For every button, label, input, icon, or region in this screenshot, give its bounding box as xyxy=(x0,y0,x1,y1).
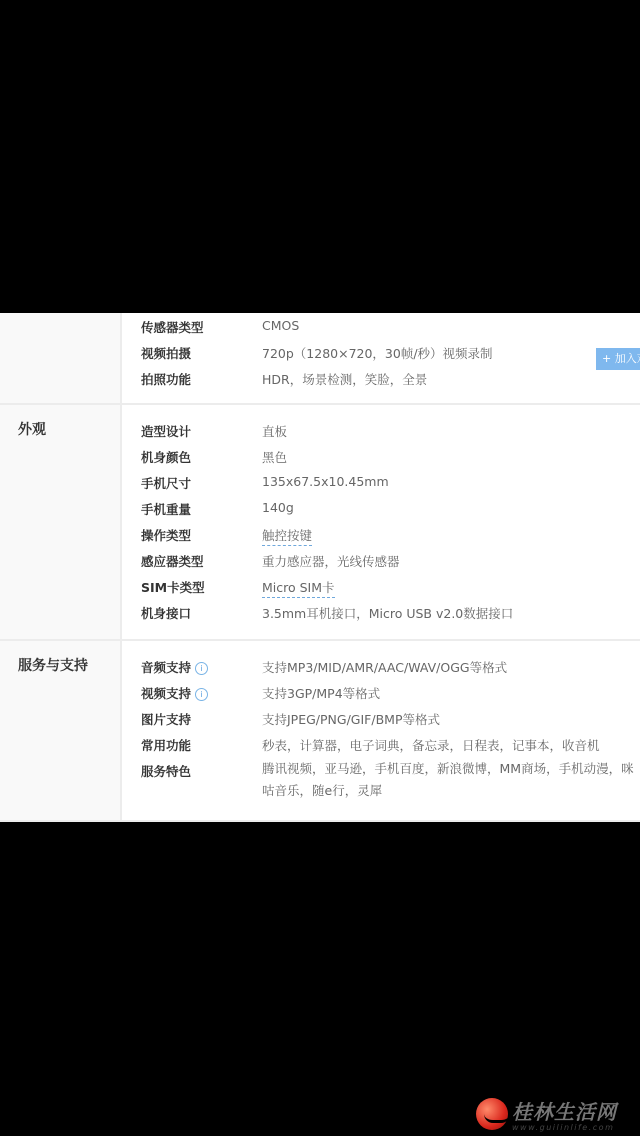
spec-value: 135x67.5x10.45mm xyxy=(262,474,389,489)
spec-row-photo-features: 拍照功能 HDR，场景检测，笑脸，全景 xyxy=(141,365,640,391)
spec-row-sensor-type: 传感器类型 CMOS xyxy=(141,313,640,339)
spec-key: 操作类型 xyxy=(141,526,191,544)
spec-key: 视频拍摄 xyxy=(141,344,191,362)
spec-group-camera: 传感器类型 CMOS 视频拍摄 720p（1280×720，30帧/秒）视频录制… xyxy=(0,313,640,405)
spec-row-ports: 机身接口 3.5mm耳机接口，Micro USB v2.0数据接口 xyxy=(141,599,640,625)
spec-key: 常用功能 xyxy=(141,736,191,754)
spec-value: 720p（1280×720，30帧/秒）视频录制 xyxy=(262,344,493,362)
spec-key: 手机重量 xyxy=(141,500,191,518)
category-label: 外观 xyxy=(18,419,46,439)
spec-key: 机身接口 xyxy=(141,604,191,622)
spec-value: 黑色 xyxy=(262,448,287,466)
spec-value: 支持JPEG/PNG/GIF/BMP等格式 xyxy=(262,710,440,728)
spec-key: 拍照功能 xyxy=(141,370,191,388)
spec-value-link[interactable]: Micro SIM卡 xyxy=(262,578,335,598)
category-label: 服务与支持 xyxy=(18,655,88,675)
spec-row-sim-type: SIM卡类型 Micro SIM卡 xyxy=(141,573,640,599)
spec-key: 手机尺寸 xyxy=(141,474,191,492)
spec-row-video-support: 视频支持i 支持3GP/MP4等格式 xyxy=(141,679,640,705)
info-icon[interactable]: i xyxy=(195,662,208,675)
spec-value: 腾讯视频，亚马逊，手机百度，新浪微博，MM商场，手机动漫，咪咕音乐，随e行，灵犀 xyxy=(262,758,640,802)
spec-row-common-functions: 常用功能 秒表，计算器，电子词典，备忘录，日程表，记事本，收音机 xyxy=(141,731,640,757)
spec-value: 支持3GP/MP4等格式 xyxy=(262,684,380,702)
spec-value: 重力感应器，光线传感器 xyxy=(262,552,400,570)
spec-row-dimensions: 手机尺寸 135x67.5x10.45mm xyxy=(141,469,640,495)
spec-value: 直板 xyxy=(262,422,287,440)
spec-key: 感应器类型 xyxy=(141,552,204,570)
spec-row-operation-type: 操作类型 触控按键 xyxy=(141,521,640,547)
info-icon[interactable]: i xyxy=(195,688,208,701)
watermark-url: www.guilinlife.com xyxy=(512,1123,614,1132)
spec-sheet: 传感器类型 CMOS 视频拍摄 720p（1280×720，30帧/秒）视频录制… xyxy=(0,313,640,822)
spec-key: 图片支持 xyxy=(141,710,191,728)
spec-value: HDR，场景检测，笑脸，全景 xyxy=(262,370,427,388)
category-cell: 外观 xyxy=(0,405,122,639)
spec-row-image-support: 图片支持 支持JPEG/PNG/GIF/BMP等格式 xyxy=(141,705,640,731)
spec-value: 支持MP3/MID/AMR/AAC/WAV/OGG等格式 xyxy=(262,658,507,676)
watermark-logo: 桂林生活网 www.guilinlife.com xyxy=(476,1096,640,1136)
spec-key: 机身颜色 xyxy=(141,448,191,466)
spec-value: 140g xyxy=(262,500,294,515)
spec-row-audio-support: 音频支持i 支持MP3/MID/AMR/AAC/WAV/OGG等格式 xyxy=(141,653,640,679)
spec-group-services: 服务与支持 音频支持i 支持MP3/MID/AMR/AAC/WAV/OGG等格式… xyxy=(0,641,640,822)
category-cell: 服务与支持 xyxy=(0,641,122,820)
spec-key: 服务特色 xyxy=(141,762,191,780)
watermark-name: 桂林生活网 xyxy=(512,1096,617,1125)
add-to-compare-button[interactable]: + 加入对比 xyxy=(596,348,640,370)
logo-ball-icon xyxy=(476,1098,508,1130)
spec-row-color: 机身颜色 黑色 xyxy=(141,443,640,469)
spec-key: SIM卡类型 xyxy=(141,578,205,596)
spec-row-service-features: 服务特色 腾讯视频，亚马逊，手机百度，新浪微博，MM商场，手机动漫，咪咕音乐，随… xyxy=(141,757,640,807)
spec-key: 音频支持i xyxy=(141,658,208,676)
spec-key: 传感器类型 xyxy=(141,318,204,336)
spec-value: 秒表，计算器，电子词典，备忘录，日程表，记事本，收音机 xyxy=(262,736,600,754)
spec-row-design: 造型设计 直板 xyxy=(141,417,640,443)
spec-row-sensors: 感应器类型 重力感应器，光线传感器 xyxy=(141,547,640,573)
spec-value: CMOS xyxy=(262,318,299,333)
spec-group-appearance: 外观 造型设计 直板 机身颜色 黑色 手机尺寸 135x67.5x10.45mm… xyxy=(0,405,640,641)
spec-key: 造型设计 xyxy=(141,422,191,440)
spec-value: 3.5mm耳机接口，Micro USB v2.0数据接口 xyxy=(262,604,513,622)
category-cell xyxy=(0,313,122,403)
spec-row-weight: 手机重量 140g xyxy=(141,495,640,521)
spec-row-video-capture: 视频拍摄 720p（1280×720，30帧/秒）视频录制 xyxy=(141,339,640,365)
spec-key: 视频支持i xyxy=(141,684,208,702)
spec-value-link[interactable]: 触控按键 xyxy=(262,526,312,546)
